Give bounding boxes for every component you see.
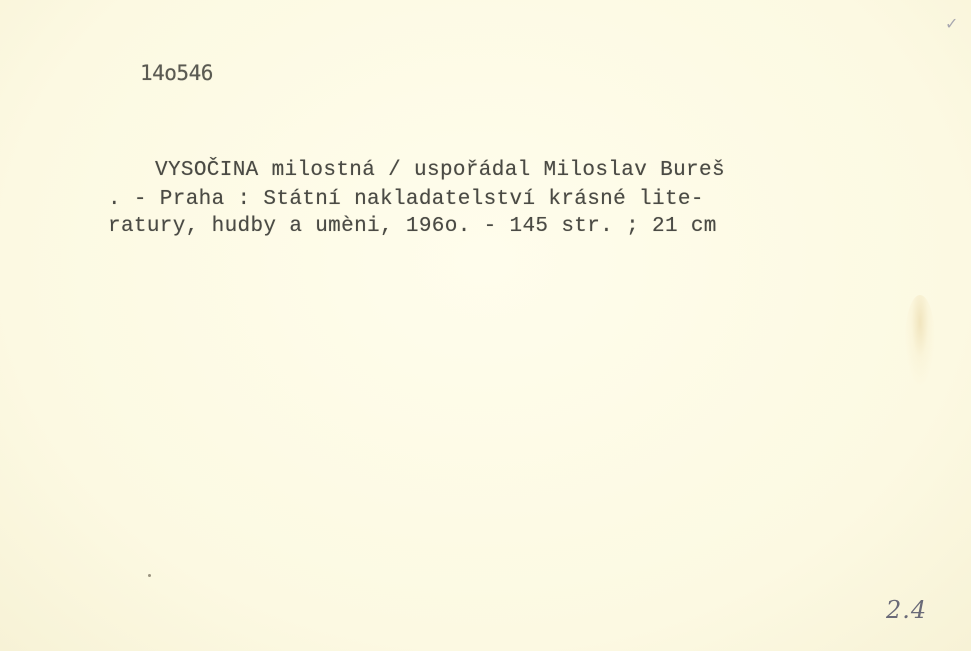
handwritten-shelf-mark: 2.4 (886, 596, 927, 624)
catalog-card: ✓ 14o546 VYSOČINA milostná / uspořádal M… (0, 0, 971, 651)
check-mark-icon: ✓ (945, 14, 958, 33)
entry-line-publisher: . - Praha : Státní nakladatelství krásné… (108, 189, 704, 210)
paper-stain (905, 295, 935, 385)
entry-line-imprint: ratury, hudby a umèni, 196o. - 145 str. … (108, 216, 717, 237)
accession-number: 14o546 (140, 63, 213, 84)
ink-speck (148, 574, 151, 577)
entry-line-title: VYSOČINA milostná / uspořádal Miloslav B… (155, 160, 725, 181)
